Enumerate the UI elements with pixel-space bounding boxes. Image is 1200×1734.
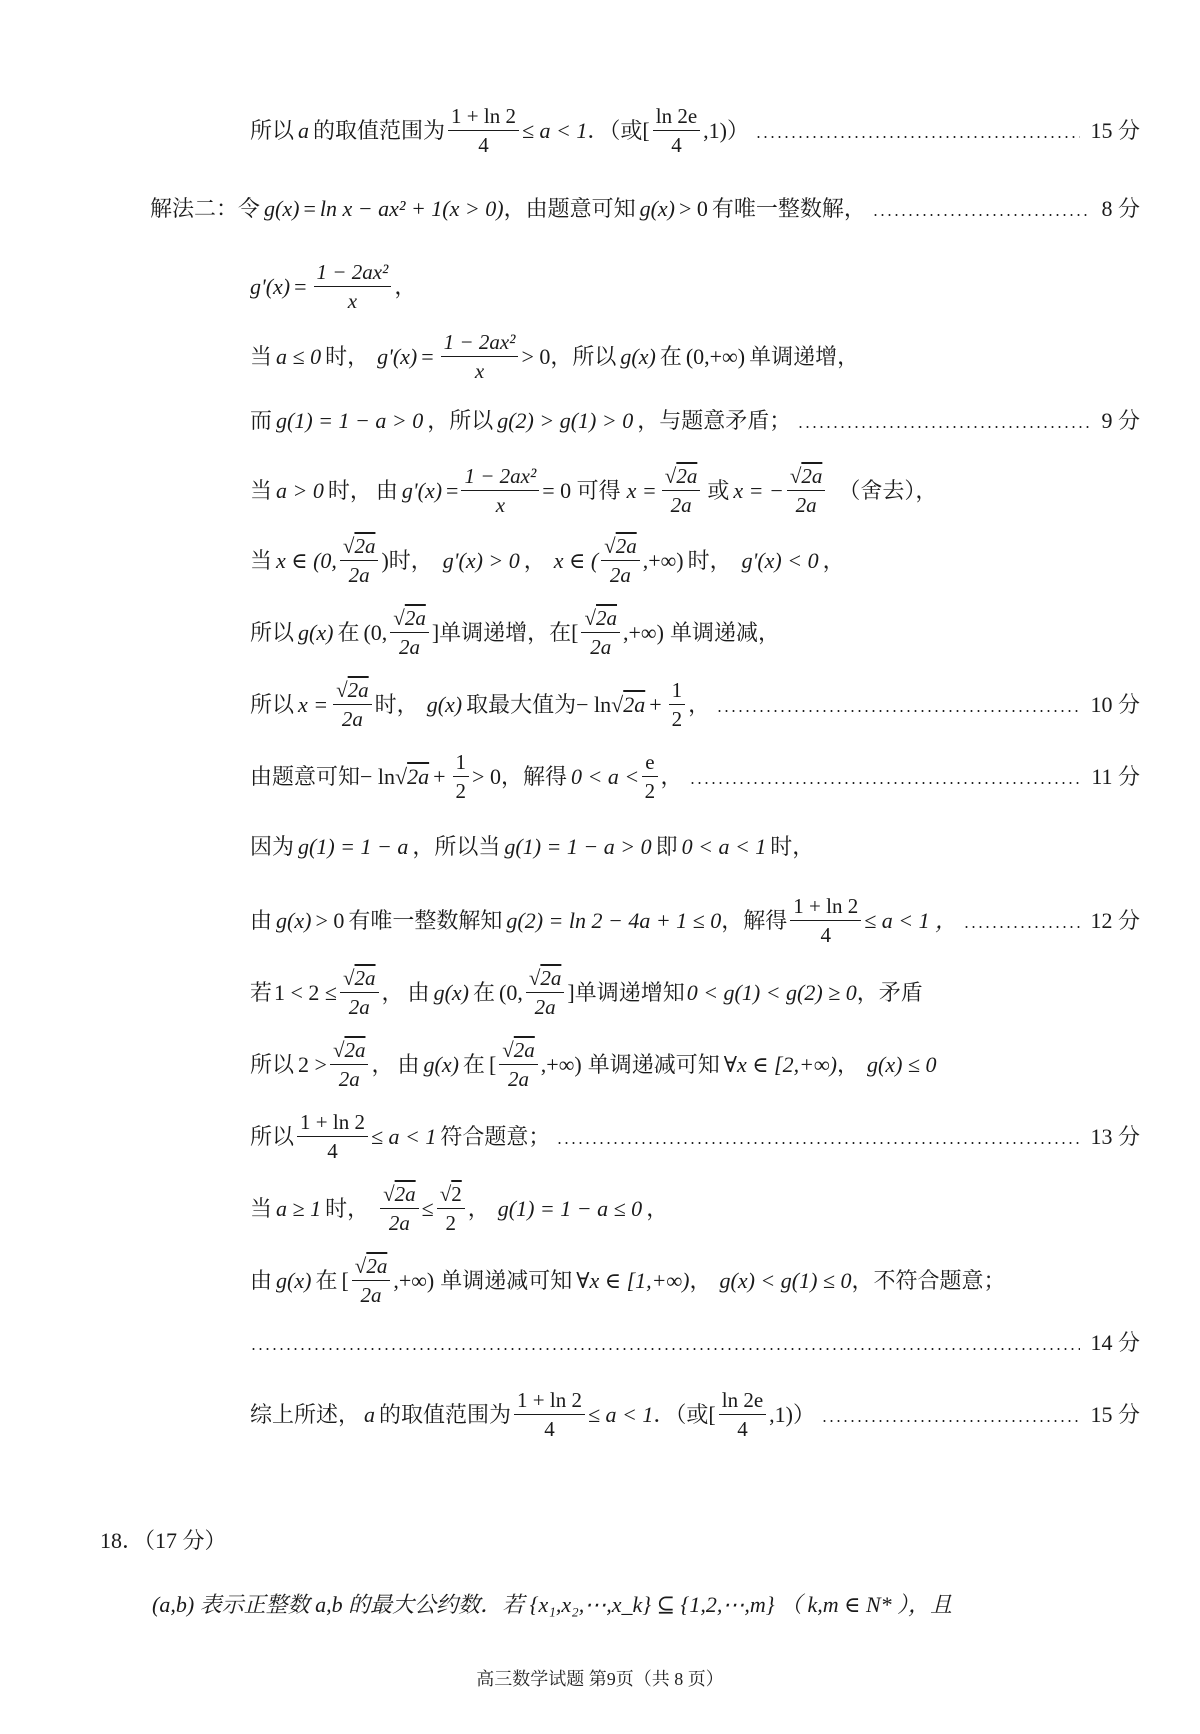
text: ， bbox=[468, 1198, 490, 1220]
text: ,1) bbox=[769, 1404, 793, 1426]
text: 而 bbox=[250, 410, 272, 432]
text: ， bbox=[382, 982, 404, 1004]
text: 即 bbox=[656, 836, 678, 858]
text: ， bbox=[823, 550, 845, 572]
fraction-ln2e-over-4: ln 2e4 bbox=[719, 1390, 766, 1440]
solution-line-satisfies: 所以 1 + ln 24 ≤ a < 1 符合题意； 13 分 bbox=[250, 1112, 1140, 1162]
text: ， bbox=[646, 1198, 668, 1220]
score-label: 10 分 bbox=[1090, 694, 1140, 716]
text: 当 bbox=[250, 346, 272, 368]
solution-line-conclusion: 综上所述， a 的取值范围为 1 + ln 24 ≤ a < 1 ．（或 [ l… bbox=[250, 1390, 1140, 1440]
solution-line-maximum: 所以 x = √2a2a 时， g(x) 取最大值为 − ln √2a + 12… bbox=[250, 680, 1140, 730]
text: ， bbox=[837, 1054, 859, 1076]
score-label: 11 分 bbox=[1091, 766, 1140, 788]
text: ） bbox=[793, 1404, 815, 1426]
expr: x ∈ (0, bbox=[276, 550, 337, 572]
expr: g(x) bbox=[427, 694, 462, 716]
fraction-sqrt2a-over-2a: √2a2a bbox=[340, 536, 379, 586]
solution-line-derivative: g'(x) = 1 − 2ax²x ， bbox=[250, 262, 416, 312]
page-number-label: 高三数学试题 第9页（共 8 页） bbox=[476, 1670, 724, 1688]
fraction-sqrt2a-over-2a: √2a2a bbox=[499, 1040, 538, 1090]
text: 当 bbox=[250, 550, 272, 572]
expr: g(x) bbox=[620, 346, 655, 368]
expr: g(x) bbox=[264, 198, 299, 220]
text: ,+∞) bbox=[393, 1270, 434, 1292]
expr: g'(x) bbox=[377, 346, 417, 368]
text: 单调递增知 bbox=[575, 982, 685, 1004]
dot-leader bbox=[872, 214, 1092, 216]
dot-leader bbox=[250, 1348, 1080, 1350]
fraction-sqrt2-over-2: √22 bbox=[437, 1184, 465, 1234]
text: 在 bbox=[315, 1270, 337, 1292]
text: = bbox=[446, 480, 458, 502]
text: 所以 bbox=[250, 1126, 294, 1148]
fraction-1-plus-ln2-over-4: 1 + ln 24 bbox=[448, 106, 519, 156]
text: ，解得 bbox=[721, 910, 787, 932]
question-18-header: 18．（17 分） bbox=[100, 1530, 227, 1552]
expr: 0 < a < bbox=[571, 766, 639, 788]
expr: x ∈ ( bbox=[554, 550, 598, 572]
text: 时， bbox=[325, 346, 369, 368]
fraction-sqrt2a-over-2a: √2a2a bbox=[380, 1184, 419, 1234]
fraction-ln2e-over-4: ln 2e4 bbox=[653, 106, 700, 156]
expr: g'(x) bbox=[250, 276, 290, 298]
text: ，由题意可知 bbox=[504, 198, 636, 220]
expr: g(x) bbox=[298, 622, 333, 644]
fraction-1-plus-ln2-over-4: 1 + ln 24 bbox=[514, 1390, 585, 1440]
text: ) bbox=[381, 550, 388, 572]
fraction-sqrt2a-over-2a: √2a2a bbox=[601, 536, 640, 586]
text: ，与题意矛盾； bbox=[637, 410, 791, 432]
text: 时， bbox=[375, 694, 419, 716]
text: 由 bbox=[250, 1270, 272, 1292]
text: 解法二：令 bbox=[150, 198, 260, 220]
fraction-1-plus-ln2-over-4: 1 + ln 24 bbox=[297, 1112, 368, 1162]
solution-line-g1: 因为 g(1) = 1 − a ，所以当 g(1) = 1 − a > 0 即 … bbox=[250, 836, 814, 858]
dot-leader bbox=[963, 926, 1080, 928]
solution-line-case-a-ge-1: 当 a ≥ 1 时， √2a2a ≤ √22 ， g(1) = 1 − a ≤ … bbox=[250, 1184, 668, 1234]
dot-leader bbox=[755, 136, 1081, 138]
expr: g(x) bbox=[434, 982, 469, 1004]
solution-line-method2: 解法二：令 g(x) = ln x − ax² + 1(x > 0) ，由题意可… bbox=[150, 198, 1140, 220]
expr: a ≤ 0 bbox=[276, 346, 321, 368]
fraction-sqrt2a-over-2a: √2a2a bbox=[330, 1040, 369, 1090]
text: [ bbox=[489, 1054, 496, 1076]
text: 单调递减， bbox=[670, 622, 780, 644]
fraction-sqrt2a-over-2a: √2a2a bbox=[526, 968, 565, 1018]
expr: − ln bbox=[360, 766, 395, 788]
expr: x = bbox=[298, 694, 328, 716]
expr: − ln bbox=[576, 694, 611, 716]
text: ,1) bbox=[703, 120, 727, 142]
fraction-sqrt2a-over-2a: √2a2a bbox=[581, 608, 620, 658]
page-footer: 高三数学试题 第9页（共 8 页） bbox=[0, 1670, 1200, 1688]
text: ] bbox=[567, 982, 574, 1004]
text: 由 bbox=[408, 982, 430, 1004]
text: 时， bbox=[325, 1198, 369, 1220]
text: 综上所述， bbox=[250, 1404, 360, 1426]
solution-line-unique-integer: 由 g(x) > 0 有唯一整数解知 g(2) = ln 2 − 4a + 1 … bbox=[250, 896, 1140, 946]
solution-line-monotonicity: 所以 g(x) 在 (0, √2a2a ] 单调递增，在 [ √2a2a ,+∞… bbox=[250, 608, 780, 658]
text: = bbox=[421, 346, 433, 368]
fraction-derivative: 1 − 2ax²x bbox=[441, 332, 519, 382]
expr: g(x) bbox=[276, 910, 311, 932]
text: ，矛盾 bbox=[857, 982, 923, 1004]
solution-line-not-satisfy: 由 g(x) 在 [ √2a2a ,+∞) 单调递减可知 ∀x ∈ [1,+∞)… bbox=[250, 1256, 1006, 1306]
text: 若 bbox=[250, 982, 272, 1004]
expr: g(x) bbox=[640, 198, 675, 220]
fraction-sqrt2a-over-2a: √2a2a bbox=[340, 968, 379, 1018]
expr: g(2) = ln 2 − 4a + 1 ≤ 0 bbox=[506, 910, 721, 932]
text: [ bbox=[708, 1404, 715, 1426]
expr: g(1) = 1 − a > 0 bbox=[276, 410, 423, 432]
score-label: 9 分 bbox=[1101, 410, 1140, 432]
text: 所以 bbox=[250, 120, 294, 142]
text: 有唯一整数解知 bbox=[348, 910, 502, 932]
fraction-derivative: 1 − 2ax²x bbox=[461, 466, 539, 516]
expr: > 0 bbox=[521, 346, 550, 368]
text: 在 bbox=[337, 622, 359, 644]
fraction-e-over-2: e2 bbox=[642, 752, 657, 802]
text: 所以 bbox=[250, 1054, 294, 1076]
text: ， bbox=[524, 550, 546, 572]
text: ,+∞) bbox=[623, 622, 664, 644]
expr: g'(x) < 0 bbox=[742, 550, 819, 572]
fraction-derivative: 1 − 2ax²x bbox=[314, 262, 392, 312]
expr: g(1) = 1 − a ≤ 0 bbox=[498, 1198, 642, 1220]
text: 在 bbox=[660, 346, 682, 368]
question-number: 18．（17 分） bbox=[100, 1530, 227, 1552]
text: （舍去）， bbox=[838, 480, 937, 502]
solution-line-case-a-gt-0: 当 a > 0 时， 由 g'(x) = 1 − 2ax²x = 0 可得 x … bbox=[250, 466, 937, 516]
expr: 0 < g(1) < g(2) ≥ 0 bbox=[687, 982, 857, 1004]
text: ] bbox=[432, 622, 439, 644]
expr: a > 0 bbox=[276, 480, 324, 502]
fraction-sqrt2a-over-2a: √2a2a bbox=[352, 1256, 391, 1306]
text: ，不符合题意； bbox=[852, 1270, 1006, 1292]
inequality: ≤ a < 1 bbox=[522, 120, 587, 142]
text: 在 bbox=[463, 1054, 485, 1076]
score-label: 13 分 bbox=[1090, 1126, 1140, 1148]
text: 单调递增，在 bbox=[439, 622, 571, 644]
expr: ∀x ∈ [2,+∞) bbox=[724, 1054, 837, 1076]
text: 的取值范围为 bbox=[379, 1404, 511, 1426]
dot-leader bbox=[716, 710, 1080, 712]
text: 单调递减可知 bbox=[440, 1270, 572, 1292]
text: 由 bbox=[376, 480, 398, 502]
expr: g(x) < g(1) ≤ 0 bbox=[720, 1270, 852, 1292]
text: + bbox=[649, 694, 661, 716]
dot-leader bbox=[556, 1142, 1080, 1144]
text: 时， bbox=[389, 550, 433, 572]
fraction-sqrt2a-over-2a: √2a2a bbox=[333, 680, 372, 730]
text: 或 bbox=[707, 480, 729, 502]
text: 所以 bbox=[250, 694, 294, 716]
text: 符合题意； bbox=[440, 1126, 550, 1148]
expr: > 0 bbox=[472, 766, 501, 788]
text: ， bbox=[690, 1270, 712, 1292]
fraction-sqrt2a-over-2a: √2a2a bbox=[662, 466, 701, 516]
text: ，解得 bbox=[501, 766, 567, 788]
solution-line-contradiction: 而 g(1) = 1 − a > 0 ，所以 g(2) > g(1) > 0 ，… bbox=[250, 410, 1140, 432]
expr: g(1) = 1 − a bbox=[298, 836, 408, 858]
text: 由 bbox=[397, 1054, 419, 1076]
text: 当 bbox=[250, 480, 272, 502]
text: ，所以 bbox=[427, 410, 493, 432]
text: 单调递减可知 bbox=[588, 1054, 720, 1076]
text: 单调递增， bbox=[749, 346, 859, 368]
dot-leader bbox=[797, 426, 1091, 428]
text: ， bbox=[688, 694, 710, 716]
text: ．（或 bbox=[653, 1404, 708, 1426]
text: ≤ bbox=[422, 1198, 434, 1220]
text: ，所以当 bbox=[412, 836, 500, 858]
text: 由 bbox=[250, 910, 272, 932]
fraction-sqrt2a-over-2a: √2a2a bbox=[787, 466, 826, 516]
text: 由题意可知 bbox=[250, 766, 360, 788]
score-label: 14 分 bbox=[1090, 1332, 1140, 1354]
expr: > 0 bbox=[679, 198, 708, 220]
solution-line-case-a-le-0: 当 a ≤ 0 时， g'(x) = 1 − 2ax²x > 0 ，所以 g(x… bbox=[250, 332, 859, 382]
text: 在 bbox=[473, 982, 495, 1004]
text: 所以 bbox=[250, 622, 294, 644]
text: (0, bbox=[363, 622, 387, 644]
expr: g'(x) > 0 bbox=[443, 550, 520, 572]
score-label: 15 分 bbox=[1090, 120, 1140, 142]
text: [ bbox=[571, 622, 578, 644]
score-label: 15 分 bbox=[1090, 1404, 1140, 1426]
text: ,+∞) bbox=[643, 550, 684, 572]
text: + bbox=[433, 766, 445, 788]
text: 取最大值为 bbox=[466, 694, 576, 716]
solution-line-range-result: 所以 a 的取值范围为 1 + ln 24 ≤ a < 1 ．（或 [ ln 2… bbox=[250, 106, 1140, 156]
text: ．（或 bbox=[587, 120, 642, 142]
expr: ≤ a < 1 ， bbox=[864, 910, 957, 932]
expr: ∀x ∈ [1,+∞) bbox=[576, 1270, 689, 1292]
var-a: a bbox=[364, 1404, 375, 1426]
text: 因为 bbox=[250, 836, 294, 858]
expr: 1 < 2 ≤ bbox=[274, 982, 337, 1004]
solution-line-therefore-2: 所以 2 > √2a2a ， 由 g(x) 在 [ √2a2a ,+∞) 单调递… bbox=[250, 1040, 937, 1090]
text: ,+∞) bbox=[541, 1054, 582, 1076]
solution-line-if-case: 若 1 < 2 ≤ √2a2a ， 由 g(x) 在 (0, √2a2a ] 单… bbox=[250, 968, 923, 1018]
bracket: [ bbox=[642, 120, 649, 142]
dot-leader bbox=[821, 1420, 1081, 1422]
fraction-one-half: 12 bbox=[669, 680, 686, 730]
expr: ln x − ax² + 1(x > 0) bbox=[320, 198, 504, 220]
text: 的取值范围为 bbox=[313, 120, 445, 142]
expr: x = bbox=[627, 480, 657, 502]
expr: a ≥ 1 bbox=[276, 1198, 321, 1220]
question-18-statement: (a,b) 表示正整数 a,b 的最大公约数．若 {x₁,x₂,⋯,x_k} ⊆… bbox=[152, 1594, 952, 1616]
expr: g(2) > g(1) > 0 bbox=[497, 410, 633, 432]
dot-leader bbox=[689, 782, 1082, 784]
text: 时， bbox=[770, 836, 814, 858]
interval: (0,+∞) bbox=[686, 346, 745, 368]
text: 时， bbox=[328, 480, 372, 502]
solution-line-sign-of-derivative: 当 x ∈ (0, √2a2a ) 时， g'(x) > 0 ， x ∈ ( √… bbox=[250, 536, 845, 586]
expr: g(x) ≤ 0 bbox=[867, 1054, 937, 1076]
var-a: a bbox=[298, 120, 309, 142]
fraction-1-plus-ln2-over-4: 1 + ln 24 bbox=[790, 896, 861, 946]
text: ，所以 bbox=[550, 346, 616, 368]
expr: x = − bbox=[733, 480, 783, 502]
text: = bbox=[303, 198, 315, 220]
expr: g'(x) bbox=[402, 480, 442, 502]
score-label: 12 分 bbox=[1090, 910, 1140, 932]
text: [ bbox=[341, 1270, 348, 1292]
expr: ≤ a < 1 bbox=[371, 1126, 436, 1148]
expr: g(x) bbox=[424, 1054, 459, 1076]
text: = bbox=[294, 276, 306, 298]
text: 时， bbox=[688, 550, 732, 572]
text: (0, bbox=[499, 982, 523, 1004]
text: ） bbox=[727, 120, 749, 142]
expr: ≤ a < 1 bbox=[588, 1404, 653, 1426]
score-label: 8 分 bbox=[1101, 198, 1140, 220]
expr: g(x) bbox=[276, 1270, 311, 1292]
expr: 2 > bbox=[298, 1054, 327, 1076]
fraction-sqrt2a-over-2a: √2a2a bbox=[390, 608, 429, 658]
solution-line-score-14: 14 分 bbox=[250, 1332, 1140, 1354]
text: ， bbox=[394, 276, 416, 298]
text: 当 bbox=[250, 1198, 272, 1220]
fraction-one-half: 12 bbox=[453, 752, 470, 802]
question-text: (a,b) 表示正整数 a,b 的最大公约数．若 {x₁,x₂,⋯,x_k} ⊆… bbox=[152, 1594, 952, 1616]
solution-line-solve-range: 由题意可知 − ln √2a + 12 > 0 ，解得 0 < a < e2 ，… bbox=[250, 752, 1140, 802]
expr: 0 < a < 1 bbox=[682, 836, 767, 858]
text: 有唯一整数解， bbox=[712, 198, 866, 220]
text: ， bbox=[371, 1054, 393, 1076]
text: = 0 可得 bbox=[542, 480, 620, 502]
expr: g(1) = 1 − a > 0 bbox=[504, 836, 651, 858]
expr: > 0 bbox=[315, 910, 344, 932]
text: ， bbox=[661, 766, 683, 788]
